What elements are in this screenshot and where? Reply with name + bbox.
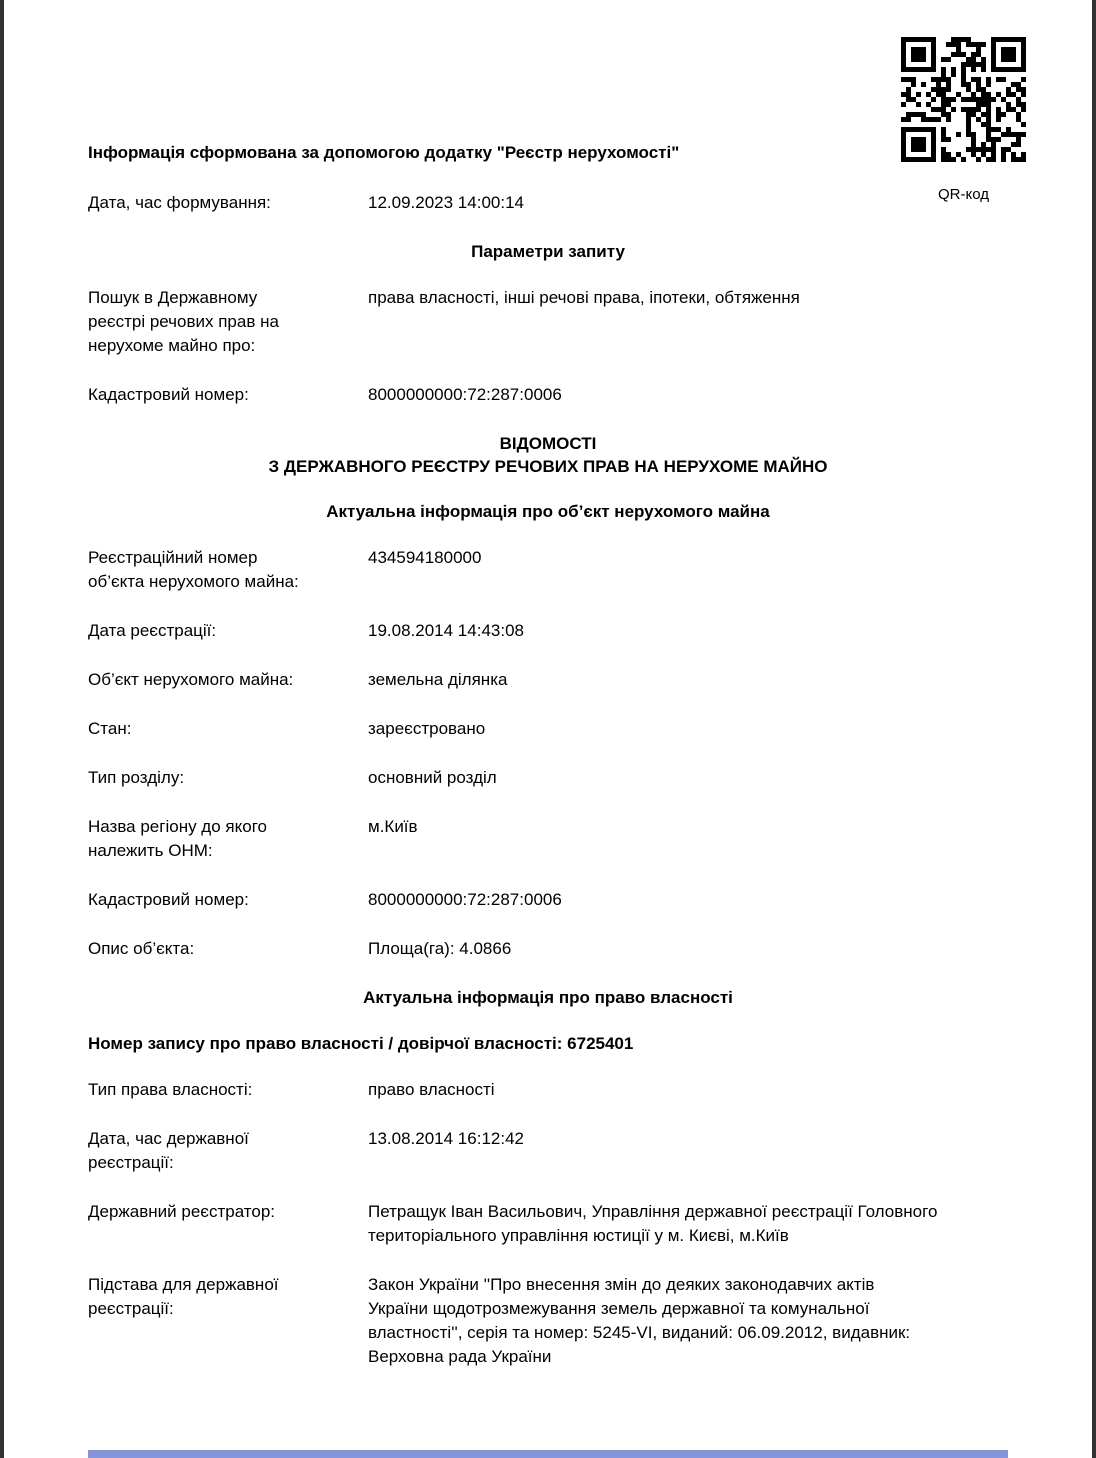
field-value: Петращук Іван Васильович, Управління дер… xyxy=(368,1200,938,1248)
field-label: Кадастровий номер: xyxy=(88,383,300,407)
field-value: 8000000000:72:287:0006 xyxy=(368,888,938,912)
field-row-search-subject: Пошук в Державному реєстрі речових прав … xyxy=(88,286,1008,358)
field-value: права власності, інші речові права, іпот… xyxy=(368,286,938,358)
section-heading-query-params: Параметри запиту xyxy=(88,240,1008,263)
field-row-registration-date: Дата реєстрації: 19.08.2014 14:43:08 xyxy=(88,619,1008,643)
field-label: Об’єкт нерухомого майна: xyxy=(88,668,300,692)
field-label: Реєстраційний номер об’єкта нерухомого м… xyxy=(88,546,300,594)
field-row-formation-date: Дата, час формування: 12.09.2023 14:00:1… xyxy=(88,191,1008,215)
field-row-registration-number: Реєстраційний номер об’єкта нерухомого м… xyxy=(88,546,1008,594)
field-row-cadastral-number-query: Кадастровий номер: 8000000000:72:287:000… xyxy=(88,383,1008,407)
field-row-region-name: Назва регіону до якого належить ОНМ: м.К… xyxy=(88,815,1008,863)
field-label: Назва регіону до якого належить ОНМ: xyxy=(88,815,300,863)
field-value: право власності xyxy=(368,1078,938,1102)
field-value: земельна ділянка xyxy=(368,668,938,692)
field-value: Площа(га): 4.0866 xyxy=(368,937,938,961)
field-row-state-registration-date: Дата, час державної реєстрації: 13.08.20… xyxy=(88,1127,1008,1175)
field-row-state-registrar: Державний реєстратор: Петращук Іван Васи… xyxy=(88,1200,1008,1248)
field-row-cadastral-number: Кадастровий номер: 8000000000:72:287:000… xyxy=(88,888,1008,912)
field-label: Державний реєстратор: xyxy=(88,1200,300,1248)
bottom-blue-bar xyxy=(88,1450,1008,1458)
field-value: Закон України ''Про внесення змін до дея… xyxy=(368,1273,938,1369)
field-value: 434594180000 xyxy=(368,546,938,594)
vidomosti-line2: З ДЕРЖАВНОГО РЕЄСТРУ РЕЧОВИХ ПРАВ НА НЕР… xyxy=(88,455,1008,478)
field-label: Дата, час державної реєстрації: xyxy=(88,1127,300,1175)
field-row-state: Стан: зареєстровано xyxy=(88,717,1008,741)
field-label: Тип права власності: xyxy=(88,1078,300,1102)
field-value: м.Київ xyxy=(368,815,938,863)
field-label: Стан: xyxy=(88,717,300,741)
field-value: зареєстровано xyxy=(368,717,938,741)
field-value: 13.08.2014 16:12:42 xyxy=(368,1127,938,1175)
record-number-heading: Номер запису про право власності / довір… xyxy=(88,1032,1008,1056)
field-value: 12.09.2023 14:00:14 xyxy=(368,191,938,215)
field-label: Опис об’єкта: xyxy=(88,937,300,961)
section-heading-ownership-info: Актуальна інформація про право власності xyxy=(88,986,1008,1009)
field-row-registration-basis: Підстава для державної реєстрації: Закон… xyxy=(88,1273,1008,1369)
vidomosti-line1: ВІДОМОСТІ xyxy=(88,432,1008,455)
field-label: Пошук в Державному реєстрі речових прав … xyxy=(88,286,300,358)
field-row-object-type: Об’єкт нерухомого майна: земельна ділянк… xyxy=(88,668,1008,692)
document-page: QR-код Інформація сформована за допомого… xyxy=(0,0,1096,1458)
field-row-section-type: Тип розділу: основний розділ xyxy=(88,766,1008,790)
section-heading-vidomosti: ВІДОМОСТІ З ДЕРЖАВНОГО РЕЄСТРУ РЕЧОВИХ П… xyxy=(88,432,1008,478)
field-value: 19.08.2014 14:43:08 xyxy=(368,619,938,643)
field-label: Дата реєстрації: xyxy=(88,619,300,643)
document-title: Інформація сформована за допомогою додат… xyxy=(88,141,848,165)
section-heading-object-info: Актуальна інформація про об’єкт нерухомо… xyxy=(88,500,1008,523)
field-value: 8000000000:72:287:0006 xyxy=(368,383,938,407)
field-row-ownership-type: Тип права власності: право власності xyxy=(88,1078,1008,1102)
field-value: основний розділ xyxy=(368,766,938,790)
field-label: Підстава для державної реєстрації: xyxy=(88,1273,300,1369)
field-label: Дата, час формування: xyxy=(88,191,300,215)
field-row-object-description: Опис об’єкта: Площа(га): 4.0866 xyxy=(88,937,1008,961)
field-label: Кадастровий номер: xyxy=(88,888,300,912)
field-label: Тип розділу: xyxy=(88,766,300,790)
